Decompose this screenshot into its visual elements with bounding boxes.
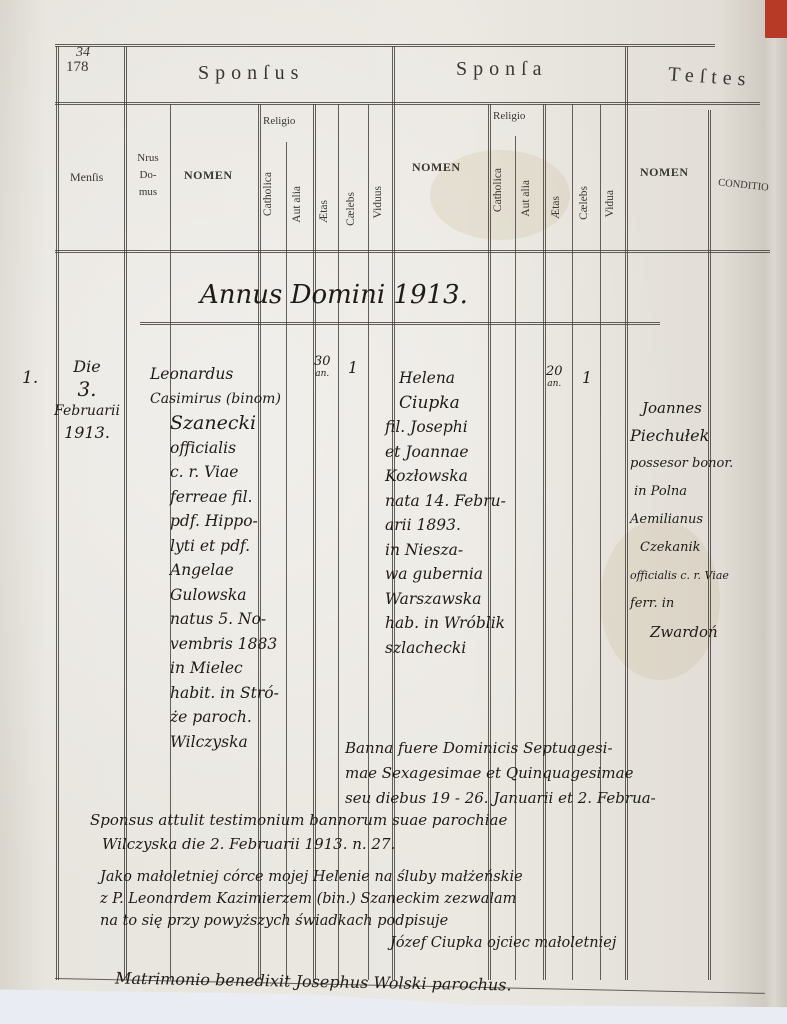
- col-header-witness-name: NOMEN: [640, 165, 689, 180]
- col-line: [625, 46, 628, 980]
- bride-details: Helena Ciupka fil. Josephi et Joannae Ko…: [385, 366, 506, 660]
- groom-details: Leonardus Casimirus (binom) Szanecki off…: [150, 362, 281, 754]
- parental-consent-note: Jako małoletniej córce mojej Helenie na …: [100, 866, 616, 954]
- col-header-house-no: Nrus Do- mus: [132, 150, 164, 201]
- year-title: Annus Domini 1913.: [200, 280, 468, 310]
- banns-note: Banna fuere Dominicis Septuagesi- mae Se…: [345, 736, 656, 811]
- groom-single-mark: 1: [348, 356, 358, 381]
- entry-number: 1.: [22, 366, 38, 391]
- col-header-bride-catholic: Catholica: [492, 168, 504, 212]
- header-sponsus: Sponſus: [198, 62, 304, 85]
- rule-header-mid: [55, 102, 760, 105]
- witnesses-details: Joannes Piechułek possesor bonor. in Pol…: [630, 394, 733, 646]
- col-header-bride-age: Ætas: [550, 196, 562, 219]
- col-header-groom-single: Cælebs: [345, 192, 357, 226]
- col-header-groom-catholic: Catholica: [262, 172, 274, 216]
- col-line: [515, 136, 516, 980]
- page-number-upper: 34: [66, 46, 90, 60]
- entry-date: Die 3. Februarii 1913.: [48, 356, 126, 444]
- rule-header-bottom: [55, 250, 770, 253]
- bride-age: 20 an.: [546, 366, 563, 390]
- header-sponsa: Sponſa: [456, 58, 548, 81]
- col-header-month: Menſis: [70, 170, 103, 185]
- col-line: [56, 46, 59, 980]
- register-page: 34 178 Sponſus Sponſa Teſtes Menſis Nrus…: [0, 0, 765, 1024]
- header-testes: Teſtes: [667, 63, 752, 92]
- col-header-witness-condition: CONDITIO: [718, 177, 770, 193]
- col-line: [572, 104, 573, 980]
- bride-single-mark: 1: [582, 366, 592, 391]
- col-header-bride-name: NOMEN: [412, 160, 461, 175]
- groom-testimony-note: Sponsus attulit testimonium bannorum sua…: [90, 808, 507, 856]
- col-header-bride-religion: Religio: [493, 110, 525, 122]
- col-header-groom-religion: Religio: [263, 115, 295, 127]
- col-line: [600, 104, 601, 980]
- col-header-bride-single: Cælebs: [578, 186, 590, 220]
- col-line: [543, 104, 546, 980]
- rule-top: [55, 44, 715, 47]
- col-header-groom-other: Aut alia: [291, 186, 303, 223]
- col-header-groom-widower: Viduus: [372, 186, 384, 219]
- page-number-lower: 178: [66, 60, 90, 74]
- col-header-groom-age: Ætas: [318, 200, 330, 223]
- col-header-bride-widow: Vidua: [604, 190, 616, 217]
- col-header-groom-name: NOMEN: [184, 168, 233, 183]
- groom-age: 30 an.: [314, 356, 331, 380]
- col-header-bride-other: Aut alia: [520, 180, 532, 217]
- rule-year-underline: [140, 322, 660, 325]
